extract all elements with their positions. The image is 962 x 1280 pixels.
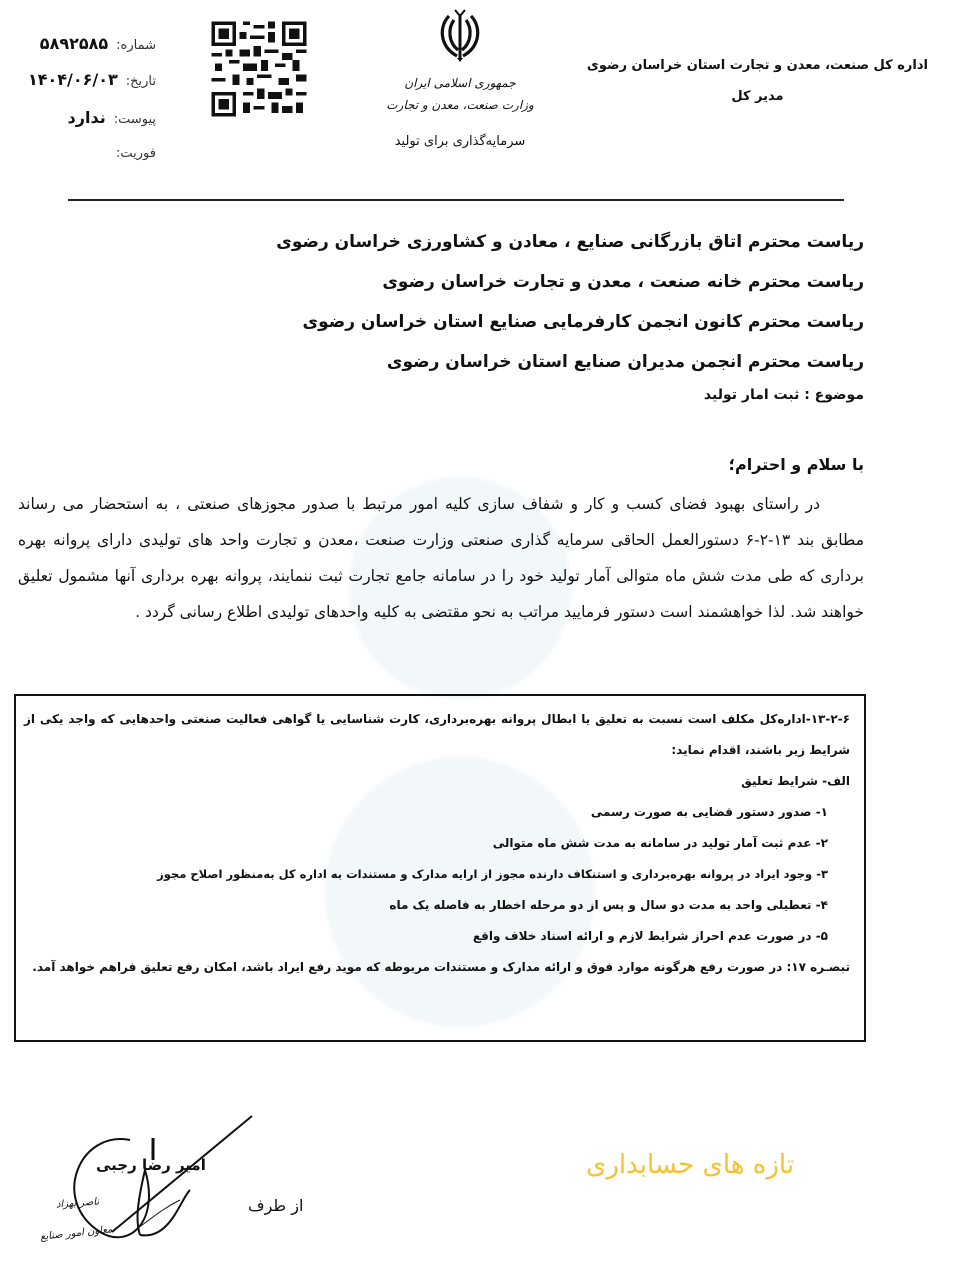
- body-paragraph: در راستای بهبود فضای کسب و کار و شفاف سا…: [18, 486, 864, 630]
- organization-header: اداره کل صنعت، معدن و تجارت استان خراسان…: [587, 58, 928, 104]
- qr-code-icon: [208, 18, 310, 120]
- header-divider: [68, 199, 844, 201]
- recipient-line: ریاست محترم کانون انجمن کارفرمایی صنایع …: [276, 302, 864, 342]
- letter-date: تاریخ: ۱۴۰۴/۰۶/۰۳: [28, 70, 156, 89]
- excerpt-item: ۳- وجود ایراد در پروانه بهره‌برداری و اس…: [24, 859, 850, 890]
- organization-name: اداره کل صنعت، معدن و تجارت استان خراسان…: [587, 58, 928, 73]
- excerpt-item: ۱- صدور دستور قضایی به صورت رسمی: [24, 797, 850, 828]
- date-label: تاریخ:: [126, 74, 156, 89]
- iran-emblem-icon: [435, 6, 485, 62]
- recipient-line: ریاست محترم خانه صنعت ، معدن و تجارت خرا…: [276, 262, 864, 302]
- excerpt-item: ۵- در صورت عدم احراز شرایط لازم و ارائه …: [24, 921, 850, 952]
- recipient-line: ریاست محترم اتاق بازرگانی صنایع ، معادن …: [276, 222, 864, 262]
- excerpt-heading: الف- شرایط تعلیق: [24, 766, 850, 797]
- attachment-label: پیوست:: [114, 112, 156, 127]
- excerpt-note: تبصـره ۱۷: در صورت رفع هرگونه موارد فوق …: [24, 952, 850, 983]
- urgency-label: فوریت:: [116, 146, 156, 161]
- organization-title: مدیر کل: [587, 89, 928, 104]
- excerpt-intro: ۱۳-۲-۶-اداره‌کل مکلف است نسبت به تعلیق ی…: [24, 704, 850, 766]
- letter-number: شماره: ۵۸۹۲۵۸۵: [40, 34, 156, 53]
- ministry-emblem-block: جمهوری اسلامی ایران وزارت صنعت، معدن و ت…: [380, 6, 540, 149]
- excerpt-item: ۴- تعطیلی واحد به مدت دو سال و پس از دو …: [24, 890, 850, 921]
- attachment-value: ندارد: [68, 108, 106, 127]
- excerpt-item: ۲- عدم ثبت آمار تولید در سامانه به مدت ش…: [24, 828, 850, 859]
- ministry-slogan: سرمایه‌گذاری برای تولید: [380, 134, 540, 149]
- number-label: شماره:: [116, 38, 156, 53]
- signatory-name: امیر رضا رجبی: [96, 1156, 206, 1174]
- brand-watermark-text: تازه های حسابداری: [586, 1150, 794, 1180]
- regulation-excerpt-box: ۱۳-۲-۶-اداره‌کل مکلف است نسبت به تعلیق ی…: [14, 694, 866, 1042]
- number-value: ۵۸۹۲۵۸۵: [40, 34, 108, 53]
- date-value: ۱۴۰۴/۰۶/۰۳: [28, 70, 118, 89]
- letter-body: در راستای بهبود فضای کسب و کار و شفاف سا…: [18, 486, 864, 630]
- emblem-line-republic: جمهوری اسلامی ایران: [380, 72, 540, 94]
- letter-urgency: فوریت:: [116, 146, 156, 161]
- letter-attachment: پیوست: ندارد: [68, 108, 156, 127]
- on-behalf-label: از طرف: [248, 1196, 303, 1215]
- recipients-list: ریاست محترم اتاق بازرگانی صنایع ، معادن …: [276, 222, 864, 382]
- recipient-line: ریاست محترم انجمن مدیران صنایع استان خرا…: [276, 342, 864, 382]
- letter-greeting: با سلام و احترام؛: [729, 455, 864, 474]
- letter-subject: موضوع : ثبت امار تولید: [704, 387, 864, 403]
- emblem-line-ministry: وزارت صنعت، معدن و تجارت: [380, 94, 540, 116]
